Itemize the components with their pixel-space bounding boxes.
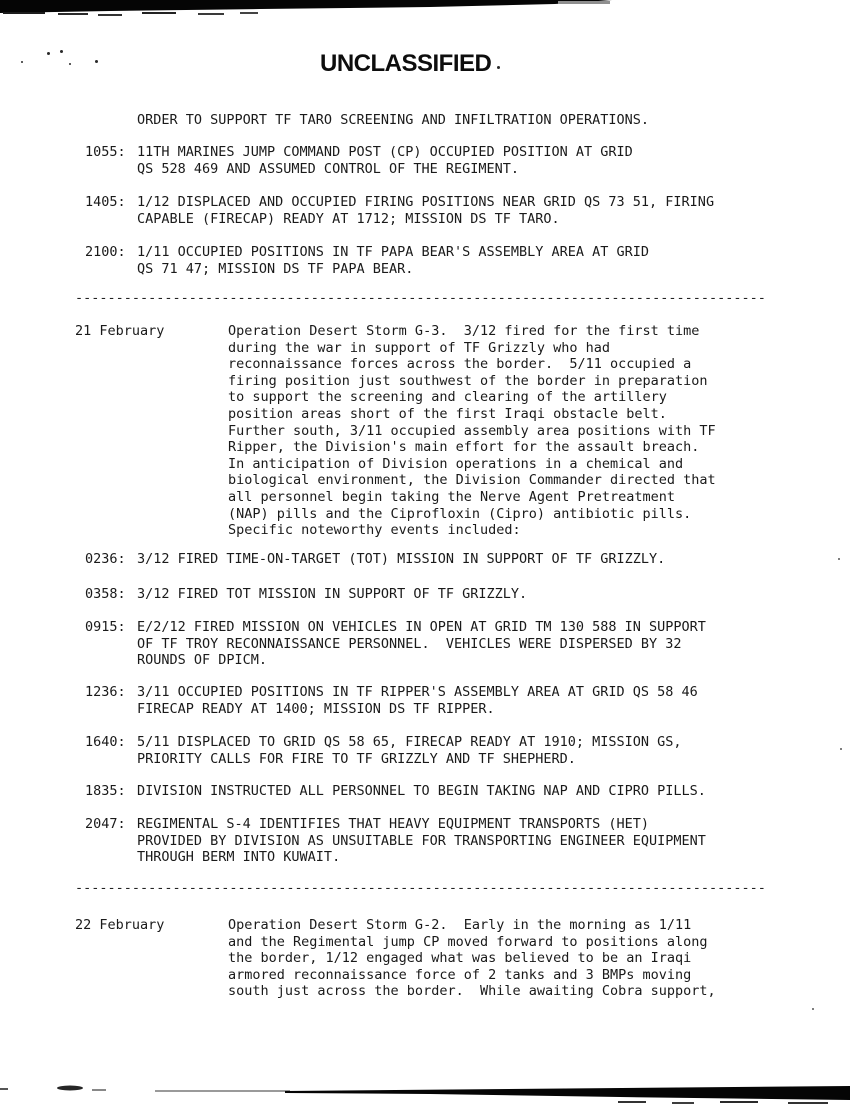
date-narrative: Operation Desert Storm G-3. 3/12 fired f… — [228, 323, 716, 539]
entry-time: 1405: — [85, 194, 137, 227]
log-entry: 1055:11TH MARINES JUMP COMMAND POST (CP)… — [85, 144, 633, 177]
entry-time: 0236: — [85, 551, 137, 568]
toner-speck — [838, 558, 840, 560]
log-entry: 1405:1/12 DISPLACED AND OCCUPIED FIRING … — [85, 194, 714, 227]
section-divider: ----------------------------------------… — [75, 290, 766, 307]
entry-text: 3/12 FIRED TIME-ON-TARGET (TOT) MISSION … — [137, 551, 665, 568]
section-divider: ----------------------------------------… — [75, 880, 766, 897]
entry-text: DIVISION INSTRUCTED ALL PERSONNEL TO BEG… — [137, 783, 706, 800]
toner-speck — [21, 61, 23, 63]
entry-time: 1236: — [85, 684, 137, 717]
scan-edge-top — [0, 0, 850, 18]
entry-text: 1/11 OCCUPIED POSITIONS IN TF PAPA BEAR'… — [137, 244, 649, 277]
toner-speck — [497, 66, 500, 69]
classification-header: UNCLASSIFIED — [320, 51, 491, 77]
date-label: 22 February — [75, 917, 228, 1000]
entry-time: 2100: — [85, 244, 137, 277]
date-narrative: Operation Desert Storm G-2. Early in the… — [228, 917, 716, 1000]
scanned-document-page: UNCLASSIFIED ORDER TO SUPPORT TF TARO SC… — [0, 0, 850, 1105]
log-entry: 2047:REGIMENTAL S-4 IDENTIFIES THAT HEAV… — [85, 816, 706, 866]
toner-speck — [47, 52, 50, 55]
entry-text: 3/11 OCCUPIED POSITIONS IN TF RIPPER'S A… — [137, 684, 698, 717]
log-entry: 0236:3/12 FIRED TIME-ON-TARGET (TOT) MIS… — [85, 551, 665, 568]
toner-speck — [69, 63, 71, 65]
entry-text: 3/12 FIRED TOT MISSION IN SUPPORT OF TF … — [137, 586, 527, 603]
entry-text: 1/12 DISPLACED AND OCCUPIED FIRING POSIT… — [137, 194, 714, 227]
toner-speck — [812, 1008, 814, 1010]
entry-time: 0915: — [85, 619, 137, 669]
date-section: 22 FebruaryOperation Desert Storm G-2. E… — [75, 917, 716, 1000]
log-entry: 2100:1/11 OCCUPIED POSITIONS IN TF PAPA … — [85, 244, 649, 277]
entry-time: 2047: — [85, 816, 137, 866]
entry-time: 0358: — [85, 586, 137, 603]
entry-time: 1640: — [85, 734, 137, 767]
log-entry: 1640:5/11 DISPLACED TO GRID QS 58 65, FI… — [85, 734, 682, 767]
continuation-line: ORDER TO SUPPORT TF TARO SCREENING AND I… — [137, 112, 649, 129]
entry-time: 1055: — [85, 144, 137, 177]
scan-edge-bottom — [0, 1080, 850, 1105]
entry-text: 11TH MARINES JUMP COMMAND POST (CP) OCCU… — [137, 144, 633, 177]
entry-text: REGIMENTAL S-4 IDENTIFIES THAT HEAVY EQU… — [137, 816, 706, 866]
entry-text: E/2/12 FIRED MISSION ON VEHICLES IN OPEN… — [137, 619, 706, 669]
toner-speck — [840, 748, 842, 750]
toner-speck — [95, 60, 98, 63]
log-entry: 1236:3/11 OCCUPIED POSITIONS IN TF RIPPE… — [85, 684, 698, 717]
toner-speck — [60, 50, 63, 53]
entry-time: 1835: — [85, 783, 137, 800]
entry-text: 5/11 DISPLACED TO GRID QS 58 65, FIRECAP… — [137, 734, 682, 767]
log-entry: 0915:E/2/12 FIRED MISSION ON VEHICLES IN… — [85, 619, 706, 669]
log-entry: 1835:DIVISION INSTRUCTED ALL PERSONNEL T… — [85, 783, 706, 800]
date-section: 21 FebruaryOperation Desert Storm G-3. 3… — [75, 323, 716, 539]
log-entry: 0358:3/12 FIRED TOT MISSION IN SUPPORT O… — [85, 586, 527, 603]
date-label: 21 February — [75, 323, 228, 539]
